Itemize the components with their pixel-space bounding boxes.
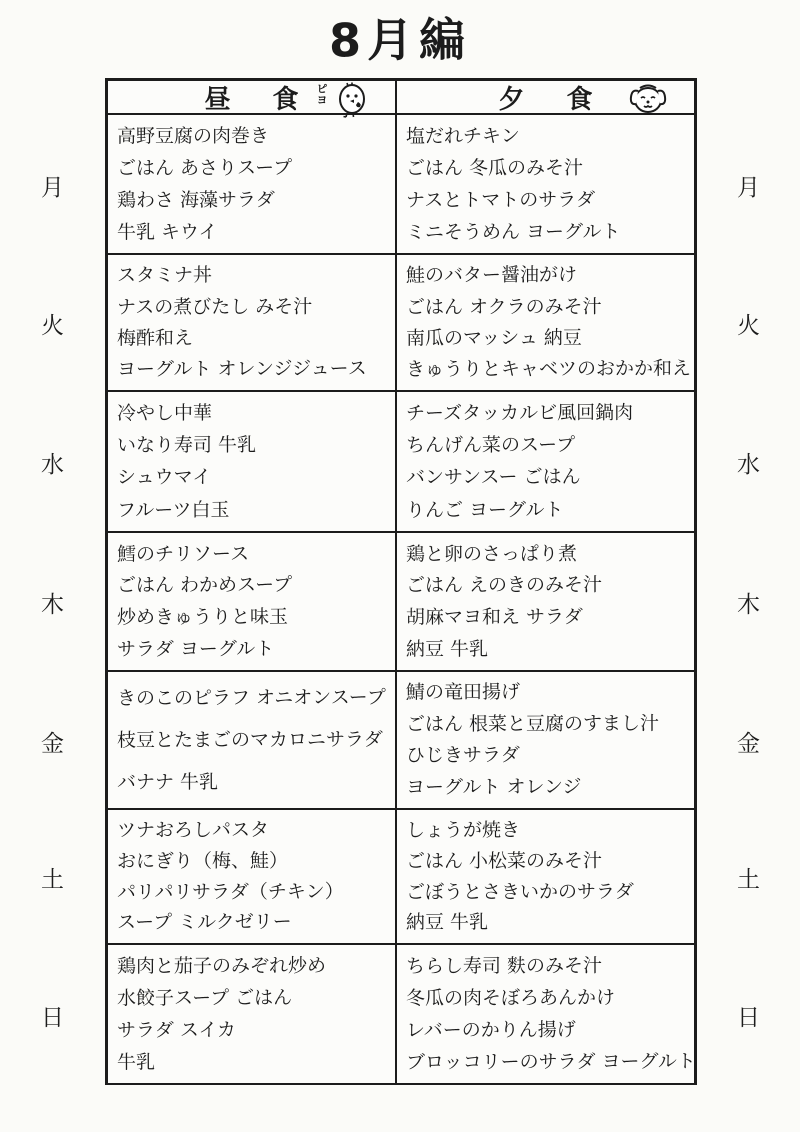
lunch-cell-wed: 冷やし中華いなり寿司 牛乳シュウマイフルーツ白玉: [105, 392, 397, 533]
dog-face-icon: [626, 82, 670, 116]
menu-line: レバーのかりん揚げ: [406, 1017, 690, 1043]
menu-line: ごはん オクラのみそ汁: [406, 294, 690, 320]
menu-line: 牛乳 キウイ: [117, 219, 391, 245]
menu-line: ミニそうめん ヨーグルト: [406, 219, 690, 245]
menu-line: 冬瓜の肉そぼろあんかけ: [406, 985, 690, 1011]
menu-line: ごはん 冬瓜のみそ汁: [406, 155, 690, 181]
menu-line: チーズタッカルビ風回鍋肉: [406, 400, 690, 426]
menu-line: バンサンスー ごはん: [406, 465, 690, 491]
menu-line: 納豆 牛乳: [406, 910, 690, 936]
menu-line: ごぼうとさきいかのサラダ: [406, 879, 690, 905]
dinner-cell-fri: 鯖の竜田揚げごはん 根菜と豆腐のすまし汁ひじきサラダヨーグルト オレンジ: [397, 672, 697, 810]
dinner-cell-sat: しょうが焼きごはん 小松菜のみそ汁ごぼうとさきいかのサラダ納豆 牛乳: [397, 810, 697, 945]
menu-line: ごはん 小松菜のみそ汁: [406, 848, 690, 874]
day-label-right-sat: 土: [697, 810, 800, 945]
day-label-left-wed: 水: [0, 392, 105, 533]
dinner-cell-sun: ちらし寿司 麩のみそ汁冬瓜の肉そぼろあんかけレバーのかりん揚げブロッコリーのサラ…: [397, 945, 697, 1085]
menu-line: 鯖の竜田揚げ: [406, 680, 690, 706]
dinner-cell-wed: チーズタッカルビ風回鍋肉ちんげん菜のスープバンサンスー ごはんりんご ヨーグルト: [397, 392, 697, 533]
menu-line: ひじきサラダ: [406, 743, 690, 769]
dinner-header-label: 夕食: [456, 79, 634, 116]
menu-line: 鶏肉と茄子のみぞれ炒め: [117, 953, 391, 979]
menu-line: シュウマイ: [117, 465, 391, 491]
dinner-cell-thu: 鶏と卵のさっぱり煮ごはん えのきのみそ汁胡麻マヨ和え サラダ納豆 牛乳: [397, 533, 697, 672]
day-label-right-tue: 火: [697, 255, 800, 392]
dinner-cell-mon: 塩だれチキンごはん 冬瓜のみそ汁ナスとトマトのサラダミニそうめん ヨーグルト: [397, 115, 697, 255]
menu-page: 8月編 昼食 ピヨ 夕食: [0, 0, 800, 1132]
day-label-left-sun: 日: [0, 945, 105, 1085]
day-label-left-mon: 月: [0, 115, 105, 255]
menu-line: ごはん 根菜と豆腐のすまし汁: [406, 711, 690, 737]
day-label-right-sun: 日: [697, 945, 800, 1085]
menu-line: 炒めきゅうりと味玉: [117, 605, 391, 631]
menu-line: ごはん あさりスープ: [117, 155, 391, 181]
lunch-cell-fri: きのこのピラフ オニオンスープ枝豆とたまごのマカロニサラダバナナ 牛乳: [105, 672, 397, 810]
menu-line: 水餃子スープ ごはん: [117, 985, 391, 1011]
chick-speech-text: ピヨ: [313, 83, 329, 105]
menu-line: 高野豆腐の肉巻き: [117, 123, 391, 149]
menu-line: フルーツ白玉: [117, 497, 391, 523]
day-label-left-tue: 火: [0, 255, 105, 392]
lunch-cell-thu: 鱈のチリソースごはん わかめスープ炒めきゅうりと味玉サラダ ヨーグルト: [105, 533, 397, 672]
menu-line: サラダ スイカ: [117, 1017, 391, 1043]
header-spacer-right: [697, 78, 800, 115]
dinner-header-cell: 夕食: [397, 78, 697, 115]
menu-line: ヨーグルト オレンジ: [406, 774, 690, 800]
day-label-right-mon: 月: [697, 115, 800, 255]
day-label-left-thu: 木: [0, 533, 105, 672]
meal-table: 昼食 ピヨ 夕食: [0, 78, 800, 1085]
day-label-right-fri: 金: [697, 672, 800, 810]
menu-line: しょうが焼き: [406, 818, 690, 844]
lunch-cell-sun: 鶏肉と茄子のみぞれ炒め水餃子スープ ごはんサラダ スイカ牛乳: [105, 945, 397, 1085]
menu-line: 南瓜のマッシュ 納豆: [406, 325, 690, 351]
menu-line: スタミナ丼: [117, 263, 391, 289]
menu-line: 冷やし中華: [117, 400, 391, 426]
day-label-left-sat: 土: [0, 810, 105, 945]
day-label-left-fri: 金: [0, 672, 105, 810]
menu-line: ツナおろしパスタ: [117, 818, 391, 844]
menu-line: りんご ヨーグルト: [406, 497, 690, 523]
lunch-cell-sat: ツナおろしパスタおにぎり（梅、鮭）パリパリサラダ（チキン）スープ ミルクゼリー: [105, 810, 397, 945]
day-label-right-wed: 水: [697, 392, 800, 533]
menu-line: 納豆 牛乳: [406, 636, 690, 662]
menu-line: ごはん えのきのみそ汁: [406, 573, 690, 599]
menu-line: ナスの煮びたし みそ汁: [117, 294, 391, 320]
menu-line: 枝豆とたまごのマカロニサラダ: [117, 727, 391, 753]
lunch-header-cell: 昼食 ピヨ: [105, 78, 397, 115]
menu-line: サラダ ヨーグルト: [117, 636, 391, 662]
header-spacer-left: [0, 78, 105, 115]
menu-line: バナナ 牛乳: [117, 769, 391, 795]
menu-line: 鮭のバター醤油がけ: [406, 263, 690, 289]
menu-line: 鱈のチリソース: [117, 541, 391, 567]
menu-line: 梅酢和え: [117, 325, 391, 351]
lunch-cell-mon: 高野豆腐の肉巻きごはん あさりスープ鶏わさ 海藻サラダ牛乳 キウイ: [105, 115, 397, 255]
menu-line: 牛乳: [117, 1049, 391, 1075]
menu-line: ヨーグルト オレンジジュース: [117, 357, 391, 383]
page-title: 8月編: [0, 2, 800, 72]
menu-line: 鶏わさ 海藻サラダ: [117, 187, 391, 213]
menu-line: パリパリサラダ（チキン）: [117, 879, 391, 905]
menu-line: きゅうりとキャベツのおかか和え: [406, 357, 690, 383]
menu-line: ちんげん菜のスープ: [406, 433, 690, 459]
menu-line: 塩だれチキン: [406, 123, 690, 149]
chick-icon: [335, 82, 369, 118]
menu-line: 鶏と卵のさっぱり煮: [406, 541, 690, 567]
lunch-cell-tue: スタミナ丼ナスの煮びたし みそ汁梅酢和えヨーグルト オレンジジュース: [105, 255, 397, 392]
menu-line: スープ ミルクゼリー: [117, 910, 391, 936]
menu-line: 胡麻マヨ和え サラダ: [406, 605, 690, 631]
menu-line: ちらし寿司 麩のみそ汁: [406, 953, 690, 979]
menu-line: ナスとトマトのサラダ: [406, 187, 690, 213]
day-label-right-thu: 木: [697, 533, 800, 672]
menu-line: おにぎり（梅、鮭）: [117, 848, 391, 874]
menu-line: きのこのピラフ オニオンスープ: [117, 685, 391, 711]
menu-line: いなり寿司 牛乳: [117, 433, 391, 459]
menu-line: ごはん わかめスープ: [117, 573, 391, 599]
dinner-cell-tue: 鮭のバター醤油がけごはん オクラのみそ汁南瓜のマッシュ 納豆きゅうりとキャベツの…: [397, 255, 697, 392]
menu-line: ブロッコリーのサラダ ヨーグルト: [406, 1049, 690, 1075]
